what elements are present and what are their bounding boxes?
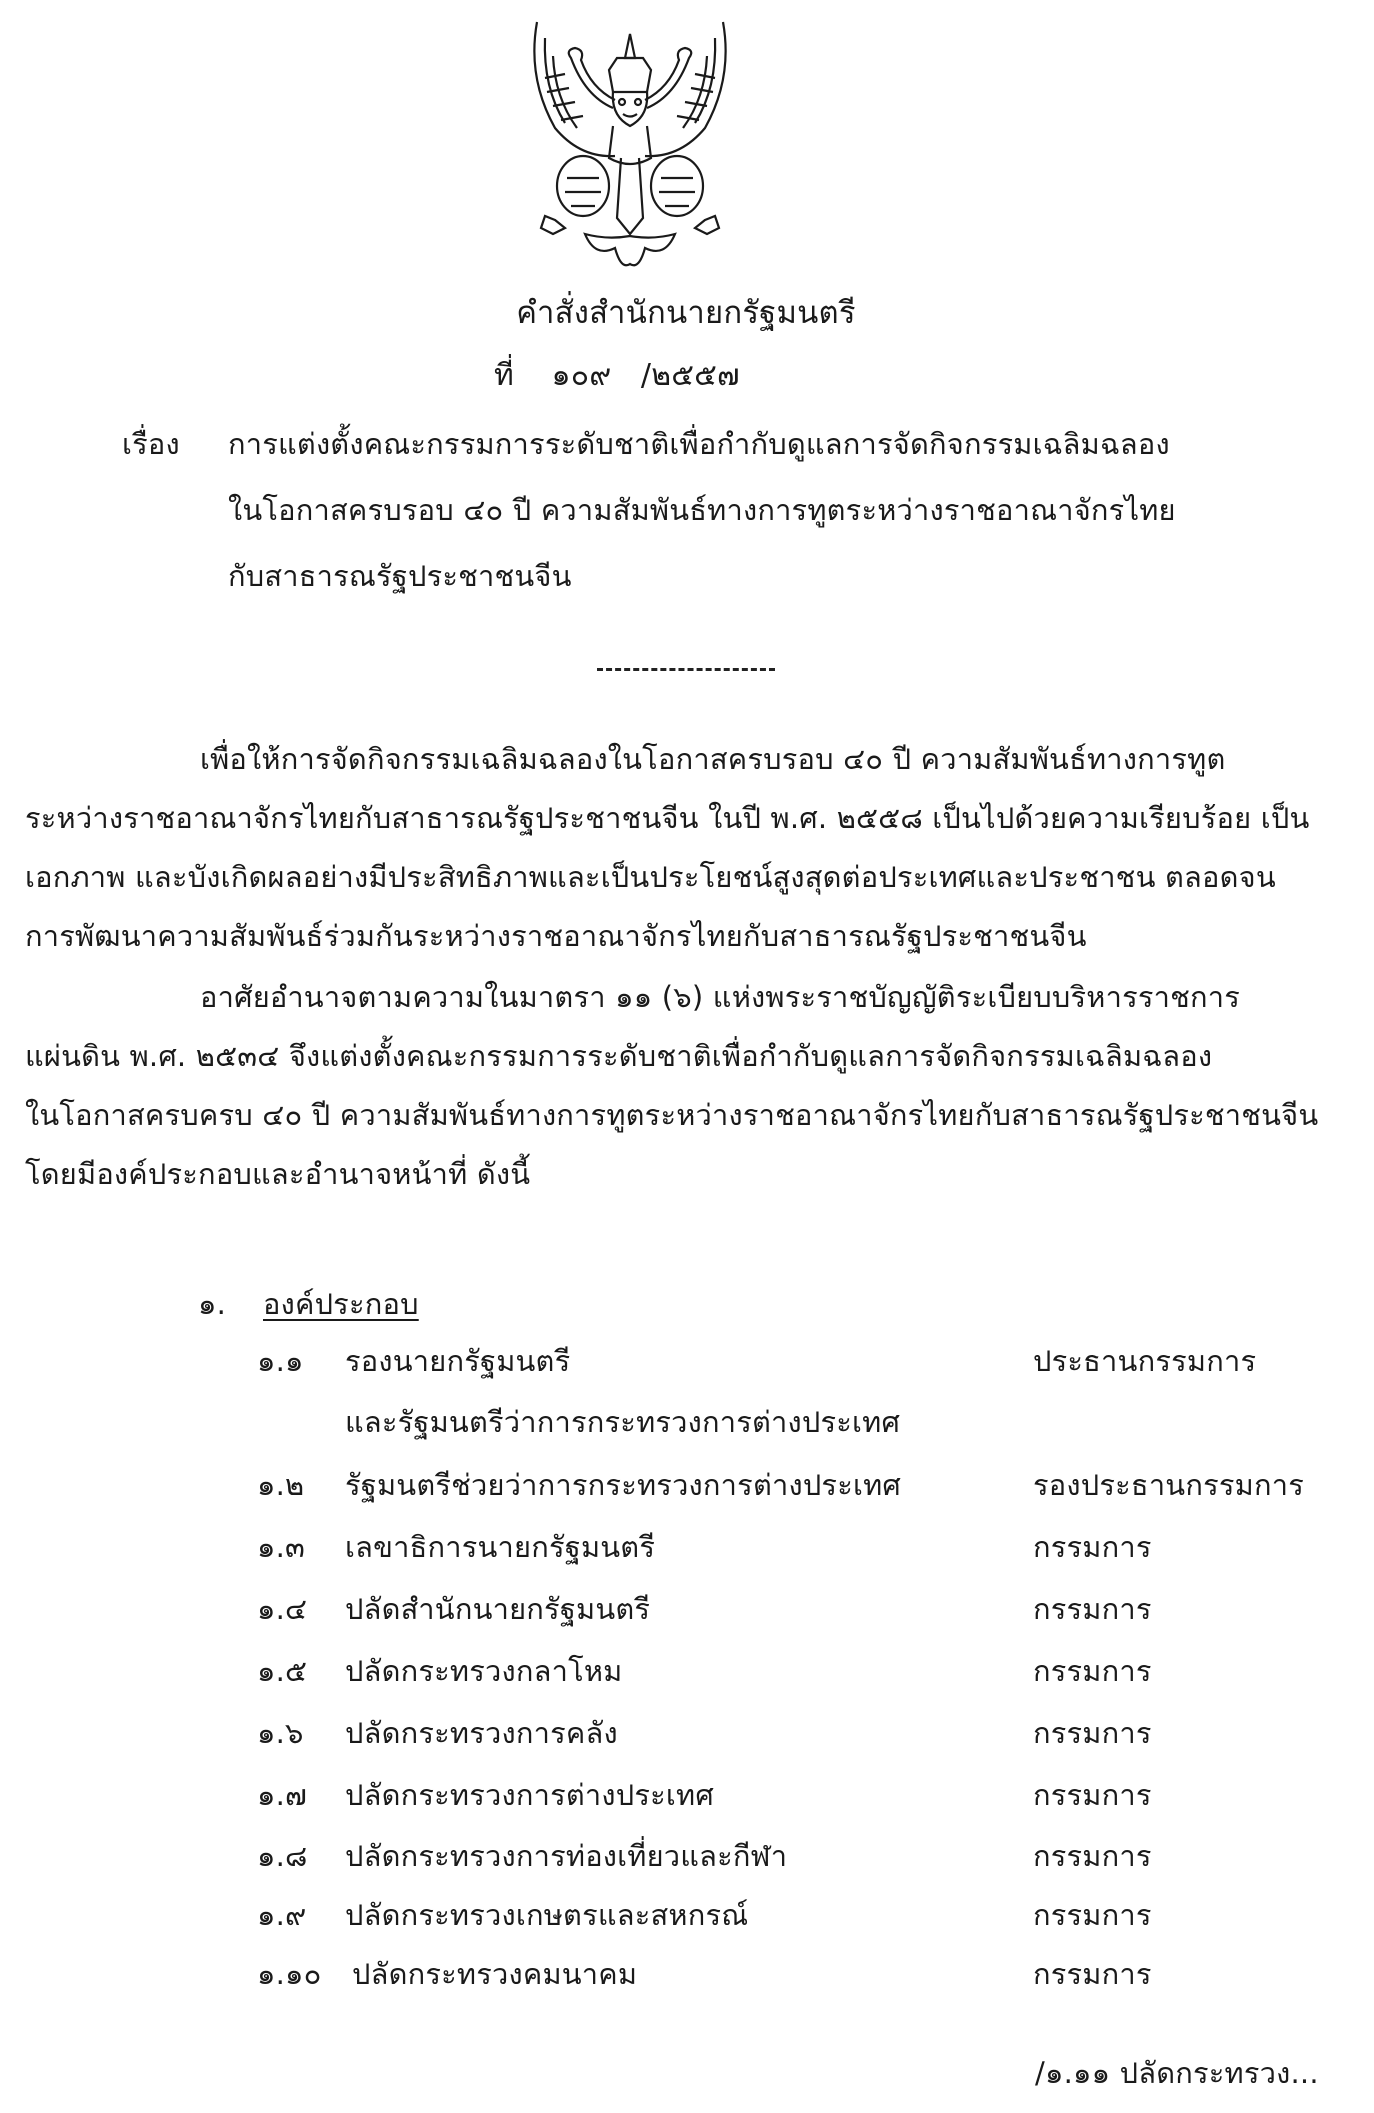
member-position: ปลัดกระทรวงคมนาคม: [352, 1954, 637, 1994]
member-role: กรรมการ: [1033, 1895, 1152, 1935]
subject-line-3: กับสาธารณรัฐประชาชนจีน: [228, 556, 572, 596]
member-position: รัฐมนตรีช่วยว่าการกระทรวงการต่างประเทศ: [345, 1465, 901, 1505]
member-role: กรรมการ: [1033, 1589, 1152, 1629]
paragraph-1-line-3: เอกภาพ และบังเกิดผลอย่างมีประสิทธิภาพและ…: [25, 857, 1276, 897]
member-role: กรรมการ: [1033, 1954, 1152, 1994]
subject-line-1: การแต่งตั้งคณะกรรมการระดับชาติเพื่อกำกับ…: [228, 424, 1170, 464]
paragraph-2-line-4: โดยมีองค์ประกอบและอำนาจหน้าที่ ดังนี้: [25, 1154, 530, 1194]
order-number-prefix: ที่: [494, 358, 514, 393]
member-role: กรรมการ: [1033, 1651, 1152, 1691]
member-role: กรรมการ: [1033, 1527, 1152, 1567]
paragraph-2-line-3: ในโอกาสครบครบ ๔๐ ปี ความสัมพันธ์ทางการทู…: [25, 1095, 1318, 1135]
member-role: รองประธานกรรมการ: [1033, 1465, 1304, 1505]
paragraph-2-line-1: อาศัยอำนาจตามความในมาตรา ๑๑ (๖) แห่งพระร…: [200, 977, 1240, 1017]
member-position: ปลัดกระทรวงการต่างประเทศ: [345, 1775, 714, 1815]
member-number: ๑.๕: [257, 1651, 307, 1691]
member-number: ๑.๒: [257, 1465, 304, 1505]
member-number: ๑.๔: [257, 1589, 307, 1629]
member-role: กรรมการ: [1033, 1775, 1152, 1815]
subject-label: เรื่อง: [122, 424, 180, 464]
document-title: คำสั่งสำนักนายกรัฐมนตรี: [0, 293, 1374, 333]
member-number: ๑.๑๐: [257, 1954, 322, 1994]
member-role: กรรมการ: [1033, 1713, 1152, 1753]
member-number: ๑.๑: [257, 1341, 304, 1381]
member-number: ๑.๘: [257, 1836, 308, 1876]
member-position: ปลัดกระทรวงการท่องเที่ยวและกีฬา: [345, 1836, 787, 1876]
member-number: ๑.๖: [257, 1713, 304, 1753]
member-position: รองนายกรัฐมนตรี: [345, 1341, 570, 1381]
member-position: เลขาธิการนายกรัฐมนตรี: [345, 1527, 655, 1567]
document-title-text: คำสั่งสำนักนายกรัฐมนตรี: [516, 295, 855, 331]
separator-line: [597, 668, 775, 671]
garuda-emblem-icon: [525, 8, 735, 272]
member-position: ปลัดกระทรวงกลาโหม: [345, 1651, 622, 1691]
member-role: กรรมการ: [1033, 1836, 1152, 1876]
paragraph-1-line-4: การพัฒนาความสัมพันธ์ร่วมกันระหว่างราชอาณ…: [25, 916, 1087, 956]
member-position: ปลัดกระทรวงเกษตรและสหกรณ์: [345, 1895, 748, 1935]
member-position-continued: และรัฐมนตรีว่าการกระทรวงการต่างประเทศ: [345, 1402, 900, 1442]
order-year: /๒๕๕๗: [641, 358, 740, 393]
subject-line-2: ในโอกาสครบรอบ ๔๐ ปี ความสัมพันธ์ทางการทู…: [228, 490, 1176, 530]
member-role: ประธานกรรมการ: [1033, 1341, 1256, 1381]
paragraph-1-line-2: ระหว่างราชอาณาจักรไทยกับสาธารณรัฐประชาชน…: [25, 798, 1309, 838]
member-position: ปลัดกระทรวงการคลัง: [345, 1713, 618, 1753]
paragraph-2-line-2: แผ่นดิน พ.ศ. ๒๕๓๔ จึงแต่งตั้งคณะกรรมการร…: [25, 1036, 1212, 1076]
member-number: ๑.๓: [257, 1527, 305, 1567]
member-number: ๑.๗: [257, 1775, 307, 1815]
order-number-line: ที่ ๑๐๙ /๒๕๕๗: [494, 356, 740, 396]
paragraph-1-line-1: เพื่อให้การจัดกิจกรรมเฉลิมฉลองในโอกาสครบ…: [200, 739, 1226, 779]
composition-heading: องค์ประกอบ: [263, 1284, 419, 1324]
member-position: ปลัดสำนักนายกรัฐมนตรี: [345, 1589, 650, 1629]
order-number: ๑๐๙: [551, 358, 611, 393]
member-number: ๑.๙: [257, 1895, 306, 1935]
continuation-note: /๑.๑๑ ปลัดกระทรวง...: [1035, 2053, 1319, 2093]
composition-number: ๑.: [198, 1284, 226, 1324]
